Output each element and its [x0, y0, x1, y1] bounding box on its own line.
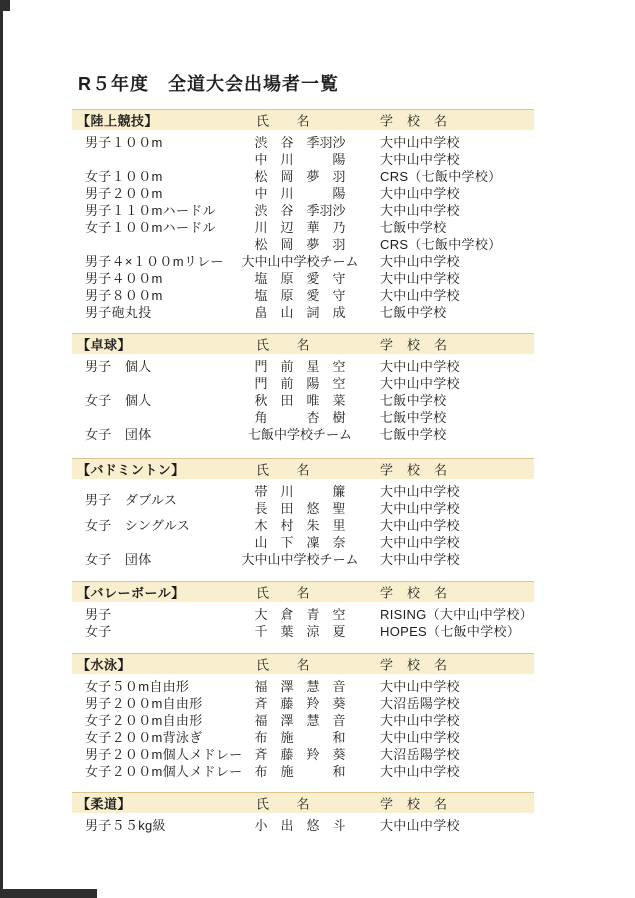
- scan-edge-bottom-strip: [0, 889, 97, 898]
- event-cell: 女子 シングルス: [72, 515, 240, 534]
- section-rows: 男子１００m渋 谷 季羽沙大中山中学校中 川 陽大中山中学校女子１００m松 岡 …: [72, 133, 534, 320]
- table-row: 中 川 陽大中山中学校: [72, 150, 534, 167]
- school-cell: 七飯中学校: [380, 424, 447, 443]
- section-header-band: 【水泳】氏 名学 校 名: [72, 653, 534, 674]
- column-header-school: 学 校 名: [380, 460, 448, 479]
- table-row: 女子１００m松 岡 夢 羽CRS（七飯中学校）: [72, 167, 534, 184]
- table-row: 男子大 倉 青 空RISING（大中山中学校）: [72, 605, 534, 622]
- section-title: 【卓球】: [77, 335, 131, 354]
- column-header-name: 氏 名: [256, 111, 310, 130]
- column-header-school: 学 校 名: [380, 655, 448, 674]
- event-cell: 女子: [72, 621, 240, 640]
- section: 【卓球】氏 名学 校 名男子 個人門 前 星 空大中山中学校門 前 陽 空大中山…: [72, 333, 534, 442]
- event-cell: 男子１００m: [72, 132, 240, 151]
- section-title: 【バレーボール】: [77, 583, 185, 602]
- table-row: 男子２００m自由形斉 藤 羚 葵大沼岳陽学校: [72, 694, 534, 711]
- table-row: 長 田 悠 聖大中山中学校: [72, 499, 534, 516]
- section-rows: 女子５０m自由形福 澤 慧 音大中山中学校男子２００m自由形斉 藤 羚 葵大沼岳…: [72, 677, 534, 779]
- column-header-school: 学 校 名: [380, 111, 448, 130]
- table-row: 女子２００m個人メドレー布 施 和大中山中学校: [72, 762, 534, 779]
- column-header-name: 氏 名: [256, 583, 310, 602]
- name-cell: 畠 山 詞 成: [240, 302, 360, 321]
- name-cell: 大中山中学校チーム: [240, 549, 360, 568]
- school-cell: 大中山中学校: [380, 549, 460, 568]
- section-header-band: 【陸上競技】氏 名学 校 名: [72, 109, 534, 130]
- column-header-name: 氏 名: [256, 460, 310, 479]
- table-row: 女子 団体七飯中学校チーム七飯中学校: [72, 425, 534, 442]
- event-cell: 女子 団体: [72, 549, 240, 568]
- section-title: 【水泳】: [77, 655, 131, 674]
- table-row: 男子４×１００mリレー大中山中学校チーム大中山中学校: [72, 252, 534, 269]
- section-rows: 男子５５kg級小 出 悠 斗大中山中学校: [72, 816, 534, 833]
- section-rows: 男子 ダブルス帯 川 簾大中山中学校長 田 悠 聖大中山中学校女子 シングルス木…: [72, 482, 534, 567]
- table-row: 男子 ダブルス帯 川 簾大中山中学校: [72, 482, 534, 499]
- section-title: 【陸上競技】: [77, 111, 158, 130]
- section-title: 【柔道】: [77, 794, 131, 813]
- table-row: 女子２００m背泳ぎ布 施 和大中山中学校: [72, 728, 534, 745]
- table-row: 女子５０m自由形福 澤 慧 音大中山中学校: [72, 677, 534, 694]
- column-header-school: 学 校 名: [380, 335, 448, 354]
- school-cell: 大中山中学校: [380, 761, 460, 780]
- table-row: 山 下 凜 奈大中山中学校: [72, 533, 534, 550]
- table-row: 男子１１０mハードル渋 谷 季羽沙大中山中学校: [72, 201, 534, 218]
- table-row: 松 岡 夢 羽CRS（七飯中学校）: [72, 235, 534, 252]
- school-cell: 七飯中学校: [380, 302, 447, 321]
- section: 【バレーボール】氏 名学 校 名男子大 倉 青 空RISING（大中山中学校）女…: [72, 581, 534, 639]
- table-row: 男子１００m渋 谷 季羽沙大中山中学校: [72, 133, 534, 150]
- event-cell: 男子５５kg級: [72, 815, 240, 834]
- column-header-school: 学 校 名: [380, 794, 448, 813]
- name-cell: 千 葉 涼 夏: [240, 621, 360, 640]
- column-header-name: 氏 名: [256, 655, 310, 674]
- section-title: 【バドミントン】: [77, 460, 185, 479]
- scan-edge-left-line: [0, 0, 3, 890]
- table-row: 女子２００m自由形福 澤 慧 音大中山中学校: [72, 711, 534, 728]
- event-cell: 男子砲丸投: [72, 302, 240, 321]
- section: 【柔道】氏 名学 校 名男子５５kg級小 出 悠 斗大中山中学校: [72, 792, 534, 833]
- table-row: 男子２００m中 川 陽大中山中学校: [72, 184, 534, 201]
- section-header-band: 【バドミントン】氏 名学 校 名: [72, 458, 534, 479]
- section-header-band: 【柔道】氏 名学 校 名: [72, 792, 534, 813]
- table-row: 男子砲丸投畠 山 詞 成七飯中学校: [72, 303, 534, 320]
- section-header-band: 【卓球】氏 名学 校 名: [72, 333, 534, 354]
- table-row: 女子 団体大中山中学校チーム大中山中学校: [72, 550, 534, 567]
- section: 【バドミントン】氏 名学 校 名男子 ダブルス帯 川 簾大中山中学校長 田 悠 …: [72, 458, 534, 567]
- section-header-band: 【バレーボール】氏 名学 校 名: [72, 581, 534, 602]
- event-cell: 女子 個人: [72, 390, 240, 409]
- column-header-school: 学 校 名: [380, 583, 448, 602]
- table-row: 女子千 葉 涼 夏HOPES（七飯中学校）: [72, 622, 534, 639]
- name-cell: 小 出 悠 斗: [240, 815, 360, 834]
- column-header-name: 氏 名: [256, 335, 310, 354]
- table-row: 門 前 陽 空大中山中学校: [72, 374, 534, 391]
- table-row: 男子５５kg級小 出 悠 斗大中山中学校: [72, 816, 534, 833]
- table-row: 女子 個人秋 田 唯 菜七飯中学校: [72, 391, 534, 408]
- table-row: 男子４００m塩 原 愛 守大中山中学校: [72, 269, 534, 286]
- section-rows: 男子大 倉 青 空RISING（大中山中学校）女子千 葉 涼 夏HOPES（七飯…: [72, 605, 534, 639]
- table-row: 男子２００m個人メドレー斉 藤 羚 葵大沼岳陽学校: [72, 745, 534, 762]
- section: 【水泳】氏 名学 校 名女子５０m自由形福 澤 慧 音大中山中学校男子２００m自…: [72, 653, 534, 779]
- school-cell: 大中山中学校: [380, 815, 460, 834]
- page-title: R５年度 全道大会出場者一覧: [78, 70, 339, 96]
- table-row: 女子１００mハードル川 辺 華 乃七飯中学校: [72, 218, 534, 235]
- table-row: 角 杏 樹七飯中学校: [72, 408, 534, 425]
- table-row: 男子 個人門 前 星 空大中山中学校: [72, 357, 534, 374]
- table-row: 男子８００m塩 原 愛 守大中山中学校: [72, 286, 534, 303]
- event-cell: 女子１００mハードル: [72, 217, 240, 236]
- name-cell: 布 施 和: [240, 761, 360, 780]
- section: 【陸上競技】氏 名学 校 名男子１００m渋 谷 季羽沙大中山中学校中 川 陽大中…: [72, 109, 534, 320]
- school-cell: HOPES（七飯中学校）: [380, 621, 520, 640]
- column-header-name: 氏 名: [256, 794, 310, 813]
- event-cell: 女子 団体: [72, 424, 240, 443]
- section-rows: 男子 個人門 前 星 空大中山中学校門 前 陽 空大中山中学校女子 個人秋 田 …: [72, 357, 534, 442]
- table-row: 女子 シングルス木 村 朱 里大中山中学校: [72, 516, 534, 533]
- event-cell: 女子２００m個人メドレー: [72, 761, 240, 780]
- name-cell: 七飯中学校チーム: [240, 424, 360, 443]
- event-cell: 男子 個人: [72, 356, 240, 375]
